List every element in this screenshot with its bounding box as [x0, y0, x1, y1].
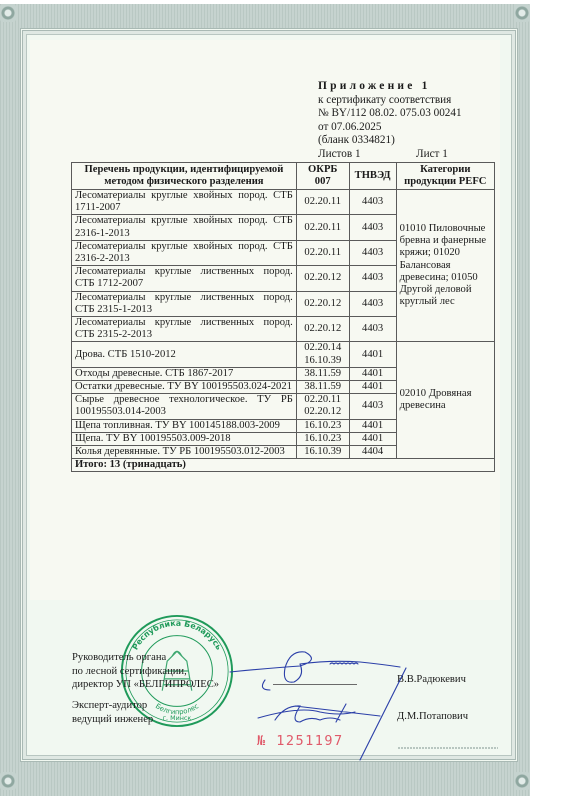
tnved-cell: 4403: [349, 291, 396, 316]
corner-ornament: [0, 4, 16, 22]
certificate-number: № BY/112 08.02. 075.03 00241: [318, 107, 462, 121]
head-signatory-name: В.В.Радюкевич: [397, 674, 466, 685]
column-header-okrb: ОКРБ 007: [296, 163, 349, 190]
appendix-header: Приложение 1 к сертификату соответствия …: [318, 80, 462, 162]
okrb-code: 02.20.12: [300, 272, 346, 284]
corner-ornament: [514, 772, 530, 790]
product-cell: Щепа топливная. ТУ BY 100145188.003-2009: [72, 419, 297, 432]
column-header-products: Перечень продукции, идентифицируемой мет…: [72, 163, 297, 190]
expert-title-line: Эксперт-аудитор: [72, 699, 153, 713]
okrb-code: 02.20.12: [300, 406, 346, 418]
okrb-code: 02.20.12: [300, 298, 346, 310]
okrb-code: 02.20.11: [300, 394, 346, 406]
okrb-cell: 02.20.12: [296, 317, 349, 342]
okrb-cell: 02.20.1416.10.39: [296, 342, 349, 367]
okrb-code: 16.10.23: [300, 433, 346, 445]
product-cell: Сырье древесное технологическое. ТУ РБ 1…: [72, 394, 297, 419]
head-signatory-title: Руководитель органа по лесной сертификац…: [72, 651, 219, 692]
tnved-cell: 4401: [349, 381, 396, 394]
product-cell: Лесоматериалы круглые лиственных пород. …: [72, 266, 297, 291]
certificate-date: от 07.06.2025: [318, 121, 462, 135]
head-title-line: директор УП «БЕЛГИПРОЛЕС»: [72, 678, 219, 692]
tnved-cell: 4401: [349, 367, 396, 380]
tnved-cell: 4403: [349, 317, 396, 342]
printer-imprint: [398, 747, 498, 749]
okrb-code: 16.10.39: [300, 355, 346, 367]
table-header-row: Перечень продукции, идентифицируемой мет…: [72, 163, 495, 190]
sheet-info: Листов 1 Лист 1: [318, 148, 462, 162]
product-cell: Лесоматериалы круглые лиственных пород. …: [72, 317, 297, 342]
okrb-code: 02.20.11: [300, 247, 346, 259]
pefc-category-cell: 02010 Дровяная древесина: [396, 342, 494, 459]
svg-text:Республика Беларусь: Республика Беларусь: [131, 619, 224, 652]
okrb-code: 16.10.23: [300, 420, 346, 432]
table-row: Дрова. СТБ 1510-201202.20.1416.10.394401…: [72, 342, 495, 367]
product-cell: Щепа. ТУ BY 100195503.009-2018: [72, 432, 297, 445]
okrb-cell: 02.20.11: [296, 240, 349, 265]
okrb-cell: 02.20.11: [296, 190, 349, 215]
okrb-code: 02.20.11: [300, 196, 346, 208]
total-row: Итого: 13 (тринадцать): [72, 459, 495, 472]
tnved-cell: 4403: [349, 266, 396, 291]
column-header-pefc: Категории продукции PEFC: [396, 163, 494, 190]
product-cell: Колья деревянные. ТУ РБ 100195503.012-20…: [72, 446, 297, 459]
corner-ornament: [514, 4, 530, 22]
product-cell: Отходы древесные. СТБ 1867-2017: [72, 367, 297, 380]
product-cell: Дрова. СТБ 1510-2012: [72, 342, 297, 367]
okrb-cell: 38.11.59: [296, 367, 349, 380]
expert-title-line: ведущий инженер: [72, 713, 153, 727]
tnved-cell: 4403: [349, 240, 396, 265]
okrb-cell: 02.20.12: [296, 266, 349, 291]
products-table: Перечень продукции, идентифицируемой мет…: [71, 162, 495, 472]
blank-number: (бланк 0334821): [318, 134, 462, 148]
tnved-cell: 4403: [349, 215, 396, 240]
expert-signatory-title: Эксперт-аудитор ведущий инженер: [72, 699, 153, 726]
tnved-cell: 4403: [349, 394, 396, 419]
okrb-code: 16.10.39: [300, 446, 346, 458]
head-title-line: Руководитель органа: [72, 651, 219, 665]
head-title-line: по лесной сертификации,: [72, 665, 219, 679]
okrb-cell: 02.20.12: [296, 291, 349, 316]
total-count: Итого: 13 (тринадцать): [72, 459, 495, 472]
tnved-cell: 4401: [349, 419, 396, 432]
okrb-code: 38.11.59: [300, 368, 346, 380]
tnved-cell: 4401: [349, 432, 396, 445]
okrb-code: 02.20.14: [300, 342, 346, 354]
pefc-category-cell: 01010 Пиловочные бревна и фанерные кряжи…: [396, 190, 494, 342]
table-row: Лесоматериалы круглые хвойных пород. СТБ…: [72, 190, 495, 215]
column-header-tnved: ТНВЭД: [349, 163, 396, 190]
okrb-cell: 16.10.23: [296, 419, 349, 432]
tnved-cell: 4403: [349, 190, 396, 215]
certificate-ref: к сертификату соответствия: [318, 94, 462, 108]
product-cell: Лесоматериалы круглые лиственных пород. …: [72, 291, 297, 316]
svg-text:г. Минск: г. Минск: [163, 714, 192, 722]
tnved-cell: 4404: [349, 446, 396, 459]
tnved-cell: 4401: [349, 342, 396, 367]
product-cell: Лесоматериалы круглые хвойных пород. СТБ…: [72, 190, 297, 215]
sheet-number: Лист 1: [416, 148, 448, 162]
appendix-title: Приложение 1: [318, 80, 462, 94]
okrb-code: 38.11.59: [300, 381, 346, 393]
signature-line: [273, 684, 357, 685]
product-cell: Лесоматериалы круглые хвойных пород. СТБ…: [72, 215, 297, 240]
product-cell: Лесоматериалы круглые хвойных пород. СТБ…: [72, 240, 297, 265]
okrb-cell: 38.11.59: [296, 381, 349, 394]
corner-ornament: [0, 772, 16, 790]
okrb-cell: 16.10.23: [296, 432, 349, 445]
form-serial-number: № 1251197: [257, 733, 344, 749]
okrb-code: 02.20.11: [300, 222, 346, 234]
okrb-cell: 02.20.11: [296, 215, 349, 240]
okrb-cell: 02.20.1102.20.12: [296, 394, 349, 419]
sheets-total: Листов 1: [318, 148, 416, 162]
product-cell: Остатки древесные. ТУ BY 100195503.024-2…: [72, 381, 297, 394]
expert-signatory-name: Д.М.Потапович: [397, 711, 468, 722]
okrb-code: 02.20.12: [300, 323, 346, 335]
okrb-cell: 16.10.39: [296, 446, 349, 459]
